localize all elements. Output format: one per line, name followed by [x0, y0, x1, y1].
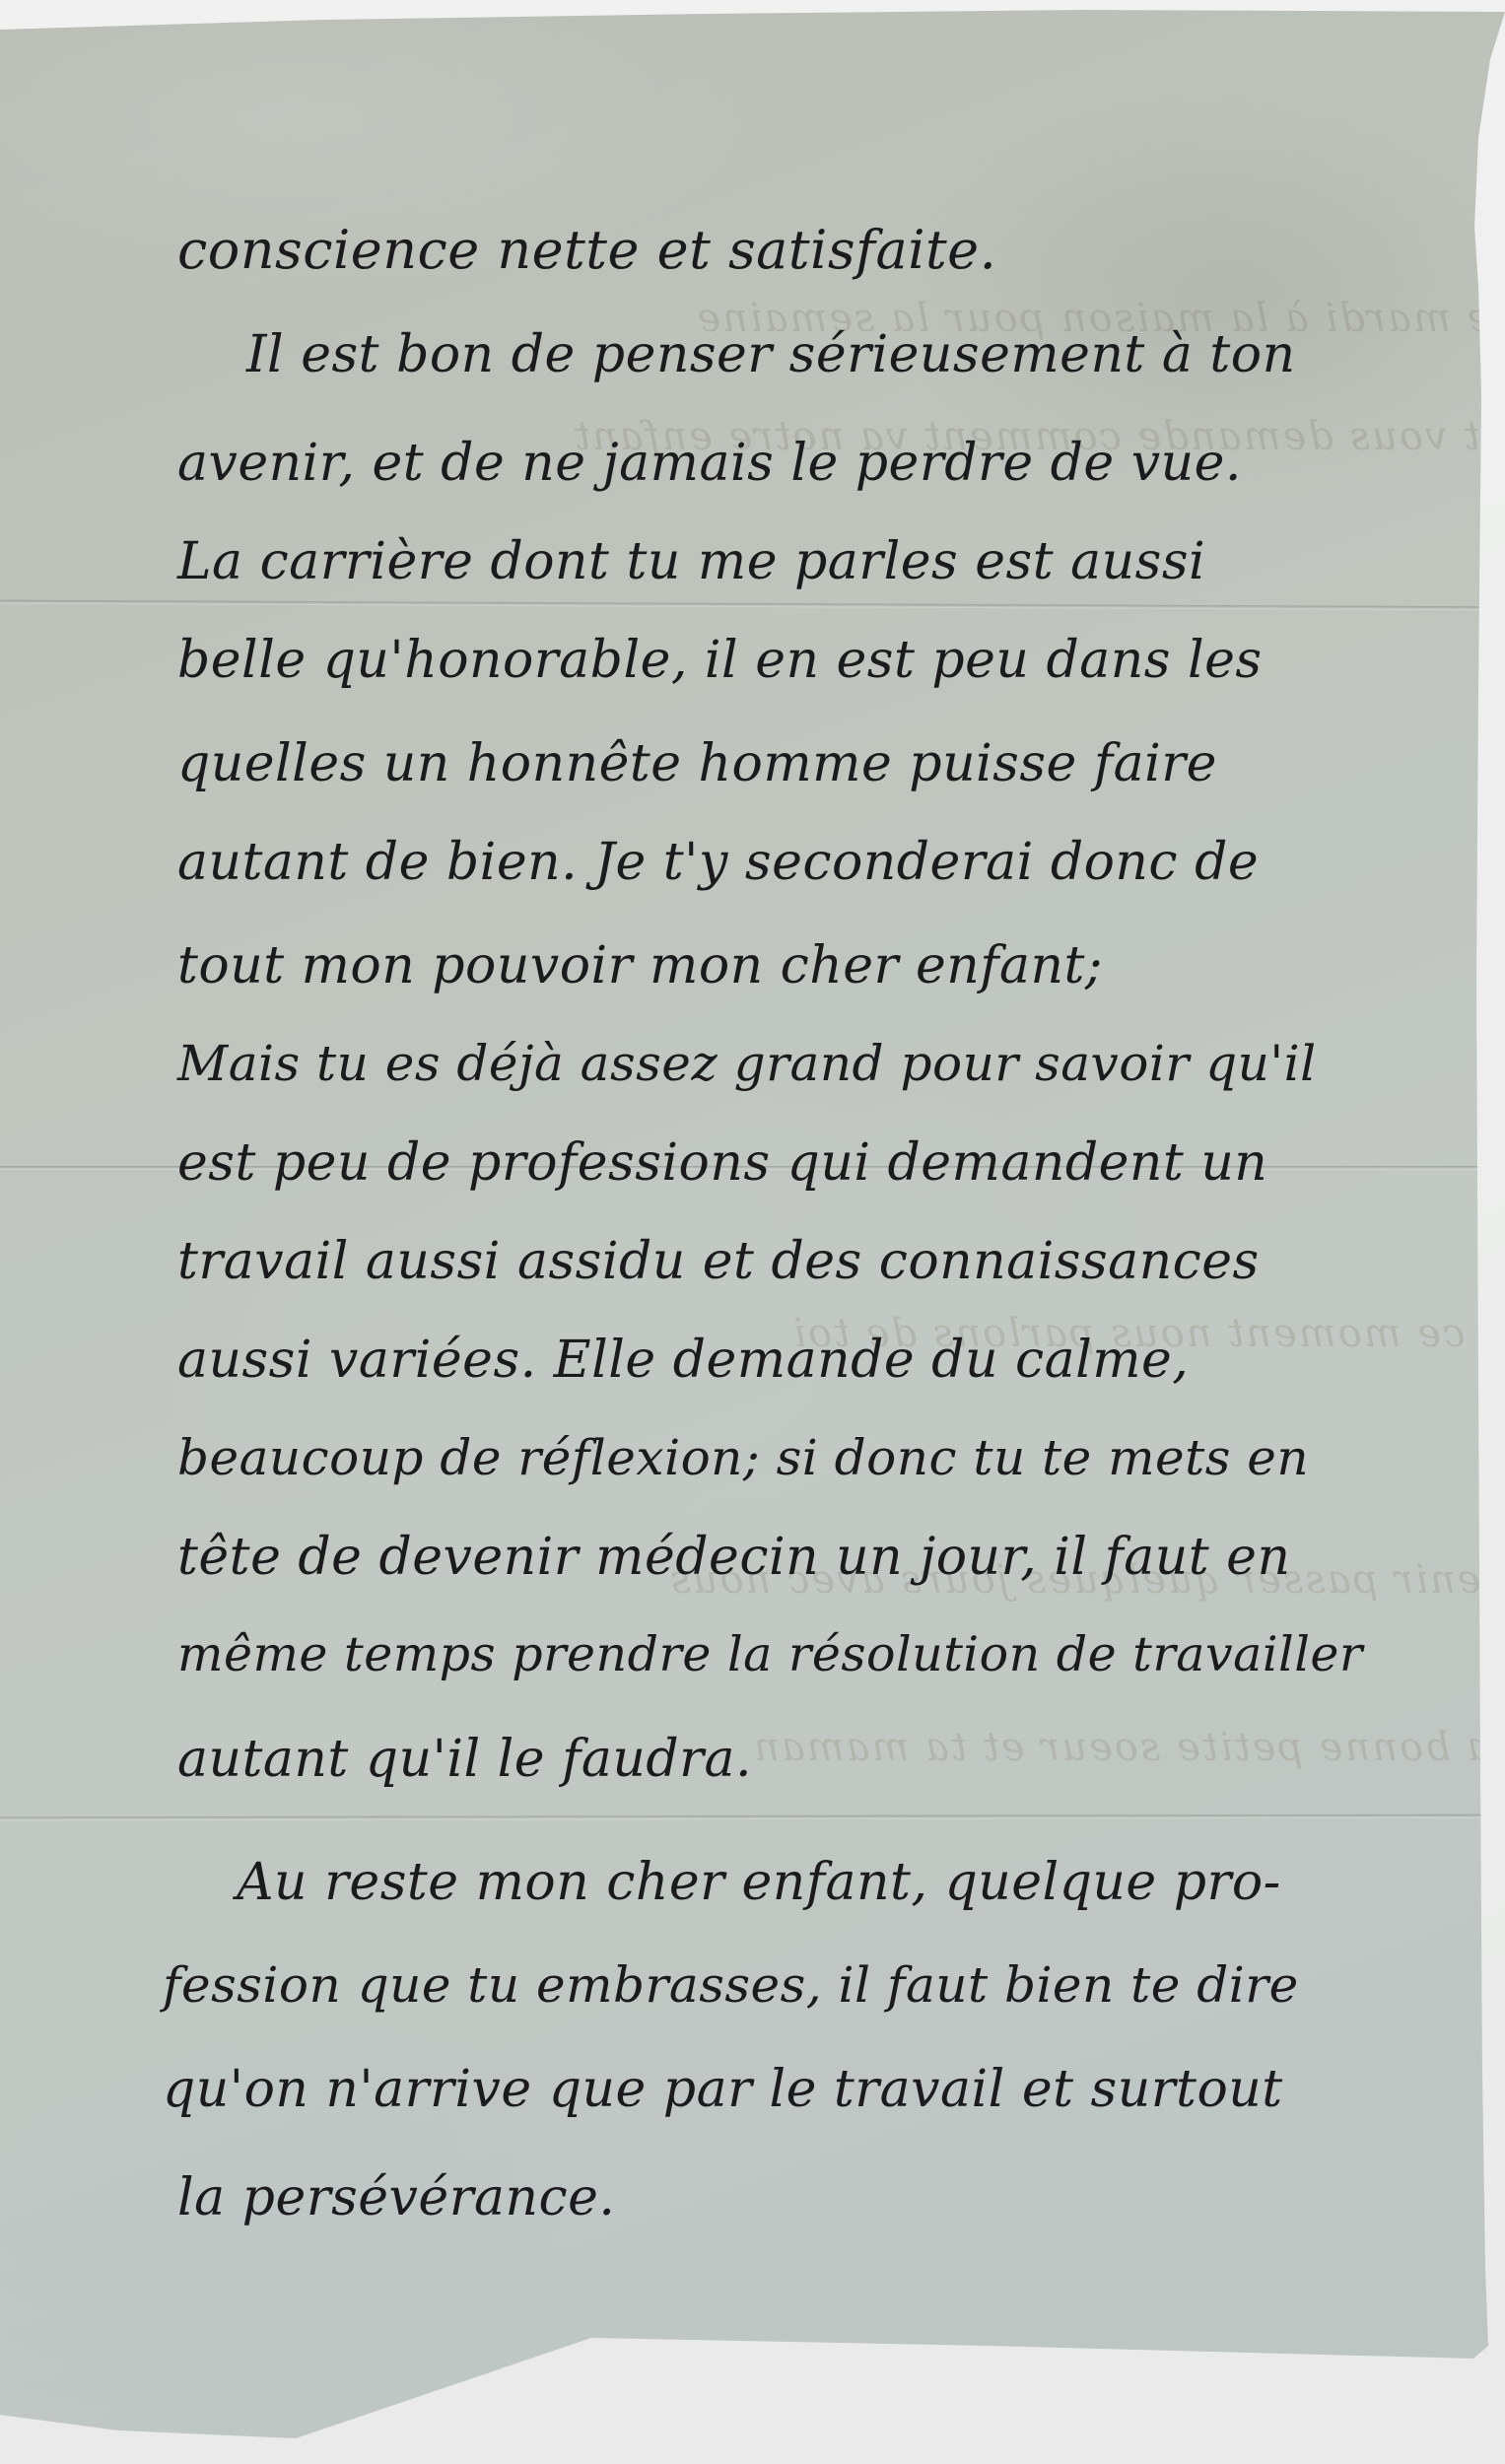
- text-line: aussi variées. Elle demande du calme,: [177, 1331, 1189, 1390]
- text-line: est peu de professions qui demandent un: [177, 1133, 1267, 1193]
- letter-body: conscience nette et satisfaite. Il est b…: [0, 0, 1505, 2464]
- text-line: Mais tu es déjà assez grand pour savoir …: [177, 1035, 1317, 1092]
- text-line: fession que tu embrasses, il faut bien t…: [163, 1956, 1299, 2014]
- text-line: conscience nette et satisfaite.: [177, 219, 996, 281]
- letter-sheet: le mardi à la maison pour la semaine et …: [0, 0, 1505, 2464]
- text-line: autant qu'il le faudra.: [177, 1730, 752, 1789]
- text-line: qu'on n'arrive que par le travail et sur…: [163, 2060, 1283, 2119]
- text-line: la persévérance.: [177, 2168, 615, 2227]
- text-line: quelles un honnête homme puisse faire: [177, 734, 1217, 793]
- text-line: Il est bon de penser sérieusement à ton: [246, 325, 1296, 384]
- photo-background: le mardi à la maison pour la semaine et …: [0, 0, 1505, 2464]
- text-line: même temps prendre la résolution de trav…: [177, 1626, 1363, 1682]
- text-line: tout mon pouvoir mon cher enfant;: [177, 936, 1103, 995]
- text-line: Au reste mon cher enfant, quelque pro-: [237, 1853, 1281, 1912]
- text-line: belle qu'honorable, il en est peu dans l…: [177, 631, 1263, 690]
- text-line: La carrière dont tu me parles est aussi: [177, 532, 1205, 591]
- text-line: tête de devenir médecin un jour, il faut…: [177, 1528, 1290, 1587]
- text-line: beaucoup de réflexion; si donc tu te met…: [177, 1429, 1309, 1486]
- text-line: autant de bien. Je t'y seconderai donc d…: [177, 833, 1259, 892]
- text-line: avenir, et de ne jamais le perdre de vue…: [177, 434, 1242, 493]
- text-line: travail aussi assidu et des connaissance…: [177, 1232, 1260, 1291]
